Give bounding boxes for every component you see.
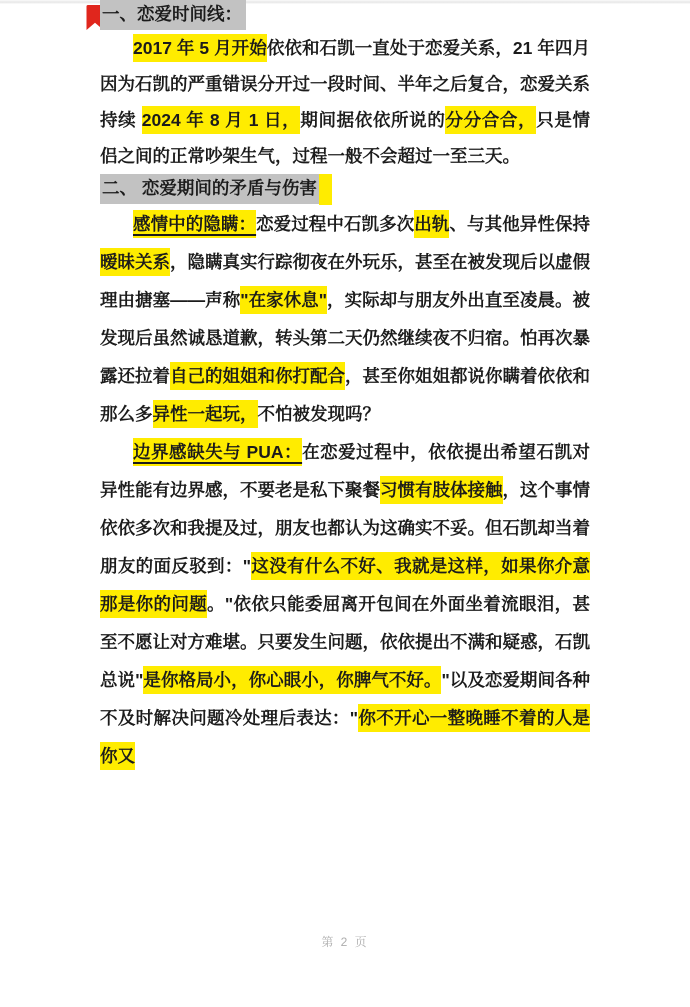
highlighted-text: 自己的姐姐和你打配合 — [170, 362, 345, 390]
document-content: 一、恋爱时间线： 2017 年 5 月开始依依和石凯一直处于恋爱关系，21 年四… — [100, 0, 590, 775]
paragraph-concealment: 感情中的隐瞒：恋爱过程中石凯多次出轨、与其他异性保持暧昧关系，隐瞒真实行踪彻夜在… — [100, 205, 590, 433]
text-segment: 期间据依依所说的 — [300, 110, 445, 130]
highlighted-text: 异性一起玩， — [153, 400, 258, 428]
text-segment: 恋爱过程中石凯多次 — [256, 214, 414, 234]
paragraph-timeline: 2017 年 5 月开始依依和石凯一直处于恋爱关系，21 年四月因为石凯的严重错… — [100, 30, 590, 174]
highlighted-underlined-text: 感情中的隐瞒： — [133, 210, 256, 238]
text-segment: 不怕被发现吗？ — [258, 404, 381, 424]
paragraph-boundary-pua: 边界感缺失与 PUA：在恋爱过程中，依依提出希望石凯对异性能有边界感，不要老是私… — [100, 433, 590, 775]
document-page: 一、恋爱时间线： 2017 年 5 月开始依依和石凯一直处于恋爱关系，21 年四… — [0, 0, 690, 1007]
page-number: 第 2 页 — [0, 933, 690, 950]
highlighted-text: 2024 年 8 月 1 日， — [142, 106, 301, 134]
section-heading-timeline: 一、恋爱时间线： — [100, 0, 590, 30]
highlighted-underlined-text: 边界感缺失与 PUA： — [133, 438, 302, 466]
highlighted-text: 2017 年 5 月开始 — [133, 34, 267, 62]
section-title-text: 二、 恋爱期间的矛盾与伤害 — [100, 174, 321, 204]
highlighted-text: 是你格局小，你心眼小，你脾气不好。 — [143, 666, 441, 694]
section-title-text: 一、恋爱时间线： — [100, 0, 246, 30]
section-heading-conflicts: 二、 恋爱期间的矛盾与伤害 — [100, 174, 590, 205]
highlight-tail-mark — [319, 174, 332, 205]
highlighted-text: 习惯有肢体接触 — [380, 476, 503, 504]
text-segment: 、与其他异性保持 — [449, 214, 590, 234]
highlighted-text: 分分合合， — [445, 106, 536, 134]
highlighted-text: 出轨 — [414, 210, 449, 238]
highlighted-text: 暧昧关系 — [100, 248, 170, 276]
highlighted-text: "在家休息" — [240, 286, 327, 314]
